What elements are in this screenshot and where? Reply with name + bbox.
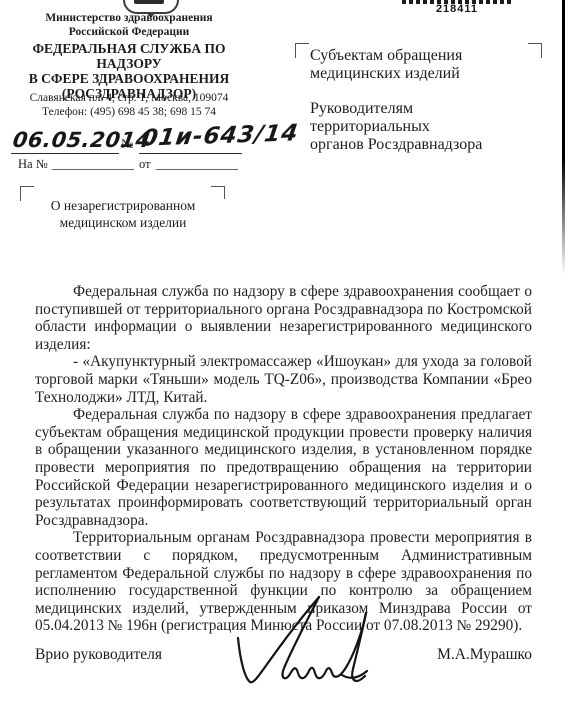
addressee-heads: Руководителям территориальных органов Ро… bbox=[310, 100, 540, 154]
ministry-name: Министерство здравоохранения Российской … bbox=[0, 12, 258, 39]
registration-stamp-number: 218411 bbox=[402, 3, 512, 15]
letter-body: Федеральная служба по надзору в сфере зд… bbox=[35, 283, 532, 635]
signature-scribble-icon bbox=[228, 592, 373, 692]
reply-number-label: На № bbox=[18, 157, 48, 172]
addressee-subjects-line1: Субъектам обращения bbox=[310, 47, 540, 65]
service-phone: Телефон: (495) 698 45 38; 698 15 74 bbox=[0, 106, 258, 118]
subject-block: О незарегистрированном медицинском издел… bbox=[22, 198, 224, 231]
ministry-name-line1: Министерство здравоохранения bbox=[0, 12, 258, 26]
addressee-heads-line1: Руководителям bbox=[310, 100, 540, 118]
subject-line2: медицинском изделии bbox=[22, 215, 224, 232]
body-paragraph-3: Федеральная служба по надзору в сфере зд… bbox=[35, 406, 532, 529]
signer-name: М.А.Мурашко bbox=[437, 646, 532, 664]
addressee-corner-bracket-left bbox=[295, 43, 309, 58]
signer-position: Врио руководителя bbox=[35, 646, 162, 664]
number-underline bbox=[139, 153, 242, 154]
scanned-letter-page: 218411 Министерство здравоохранения Росс… bbox=[0, 0, 565, 705]
service-name-line1: ФЕДЕРАЛЬНАЯ СЛУЖБА ПО НАДЗОРУ bbox=[0, 41, 258, 71]
ministry-name-line2: Российской Федерации bbox=[0, 26, 258, 40]
reply-number-blank-line bbox=[52, 169, 134, 170]
subject-line1: О незарегистрированном bbox=[22, 198, 224, 215]
body-paragraph-2: - «Акупунктурный электромассажер «Ишоука… bbox=[35, 353, 532, 406]
addressees-block: Субъектам обращения медицинских изделий … bbox=[310, 47, 540, 154]
date-underline bbox=[11, 153, 119, 154]
addressee-heads-line3: органов Росздравнадзора bbox=[310, 136, 540, 154]
addressee-subjects: Субъектам обращения медицинских изделий bbox=[310, 47, 540, 83]
reply-date-label: от bbox=[139, 157, 151, 172]
addressee-subjects-line2: медицинских изделий bbox=[310, 65, 540, 83]
service-address: Славянская пл. 4, стр. 1, Москва, 109074 bbox=[0, 92, 258, 104]
coat-of-arms-eagle-silhouette bbox=[134, 0, 164, 4]
service-name-line2: В СФЕРЕ ЗДРАВООХРАНЕНИЯ bbox=[0, 71, 258, 86]
addressee-heads-line2: территориальных bbox=[310, 118, 540, 136]
reply-date-blank-line bbox=[156, 169, 238, 170]
outgoing-number-handwritten: 01и-643/14 bbox=[140, 120, 301, 151]
body-paragraph-1: Федеральная служба по надзору в сфере зд… bbox=[35, 283, 532, 353]
number-sign: № bbox=[121, 136, 133, 152]
